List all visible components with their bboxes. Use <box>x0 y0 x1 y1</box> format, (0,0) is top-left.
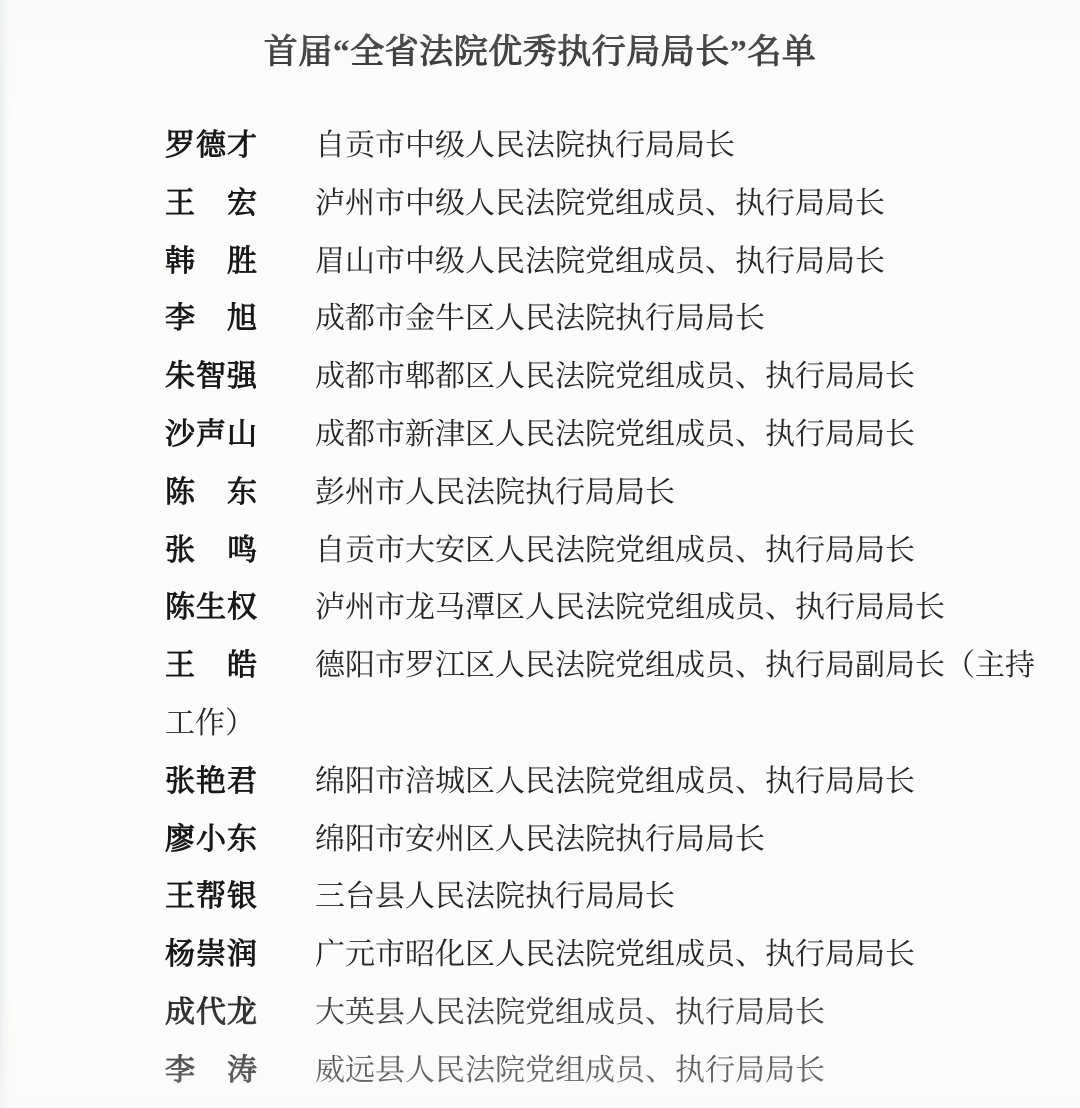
person-name: 张 鸣 <box>165 522 257 580</box>
person-name: 李 涛 <box>165 1042 257 1100</box>
person-name: 王帮银 <box>165 868 257 926</box>
list-entry: 王 宏泸州市中级人民法院党组成员、执行局局长 <box>165 175 1045 233</box>
list-entry: 陈生权泸州市龙马潭区人民法院党组成员、执行局局长 <box>165 579 1045 637</box>
list-entry: 李 涛威远县人民法院党组成员、执行局局长 <box>165 1042 1045 1100</box>
document-title: 首届“全省法院优秀执行局局长”名单 <box>0 31 1080 75</box>
person-title: 自贡市中级人民法院执行局局长 <box>315 129 735 162</box>
person-title: 大英县人民法院党组成员、执行局局长 <box>315 996 825 1029</box>
list-entry: 杨崇润广元市昭化区人民法院党组成员、执行局局长 <box>165 926 1045 984</box>
person-title: 泸州市龙马潭区人民法院党组成员、执行局局长 <box>315 591 945 624</box>
list-entry: 朱智强成都市郫都区人民法院党组成员、执行局局长 <box>165 348 1045 406</box>
list-entry: 陈 东彭州市人民法院执行局局长 <box>165 464 1045 522</box>
person-title: 绵阳市安州区人民法院执行局局长 <box>315 823 765 856</box>
person-name: 成代龙 <box>165 984 257 1042</box>
person-name: 陈 东 <box>165 464 257 522</box>
person-title: 泸州市中级人民法院党组成员、执行局局长 <box>315 187 885 220</box>
person-name: 韩 胜 <box>165 233 257 291</box>
person-title: 彭州市人民法院执行局局长 <box>315 476 675 509</box>
person-name: 陈生权 <box>165 579 257 637</box>
person-title: 眉山市中级人民法院党组成员、执行局局长 <box>315 245 885 278</box>
person-title: 德阳市罗江区人民法院党组成员、执行局副局长（主持工作） <box>165 649 1035 740</box>
list-entry: 李 旭成都市金牛区人民法院执行局局长 <box>165 290 1045 348</box>
person-title: 威远县人民法院党组成员、执行局局长 <box>315 1054 825 1087</box>
awardee-list: 罗德才自贡市中级人民法院执行局局长 王 宏泸州市中级人民法院党组成员、执行局局长… <box>165 117 1045 1100</box>
person-name: 朱智强 <box>165 348 257 406</box>
list-entry: 王 皓德阳市罗江区人民法院党组成员、执行局副局长（主持工作） <box>165 637 1045 753</box>
list-entry: 成代龙大英县人民法院党组成员、执行局局长 <box>165 984 1045 1042</box>
person-title: 成都市新津区人民法院党组成员、执行局局长 <box>315 418 915 451</box>
person-title: 三台县人民法院执行局局长 <box>315 880 675 913</box>
person-name: 王 宏 <box>165 175 257 233</box>
list-entry: 张 鸣自贡市大安区人民法院党组成员、执行局局长 <box>165 522 1045 580</box>
person-name: 罗德才 <box>165 117 257 175</box>
list-entry: 韩 胜眉山市中级人民法院党组成员、执行局局长 <box>165 233 1045 291</box>
person-name: 张艳君 <box>165 753 257 811</box>
list-entry: 张艳君绵阳市涪城区人民法院党组成员、执行局局长 <box>165 753 1045 811</box>
person-title: 成都市郫都区人民法院党组成员、执行局局长 <box>315 360 915 393</box>
person-name: 沙声山 <box>165 406 257 464</box>
list-entry: 王帮银三台县人民法院执行局局长 <box>165 868 1045 926</box>
person-name: 王 皓 <box>165 637 257 695</box>
person-title: 广元市昭化区人民法院党组成员、执行局局长 <box>315 938 915 971</box>
list-entry: 廖小东绵阳市安州区人民法院执行局局长 <box>165 811 1045 869</box>
person-title: 自贡市大安区人民法院党组成员、执行局局长 <box>315 534 915 567</box>
person-title: 成都市金牛区人民法院执行局局长 <box>315 302 765 335</box>
scanned-document-page: 首届“全省法院优秀执行局局长”名单 罗德才自贡市中级人民法院执行局局长 王 宏泸… <box>0 0 1080 1108</box>
list-entry: 沙声山成都市新津区人民法院党组成员、执行局局长 <box>165 406 1045 464</box>
person-title: 绵阳市涪城区人民法院党组成员、执行局局长 <box>315 765 915 798</box>
person-name: 杨崇润 <box>165 926 257 984</box>
person-name: 李 旭 <box>165 290 257 348</box>
person-name: 廖小东 <box>165 811 257 869</box>
list-entry: 罗德才自贡市中级人民法院执行局局长 <box>165 117 1045 175</box>
